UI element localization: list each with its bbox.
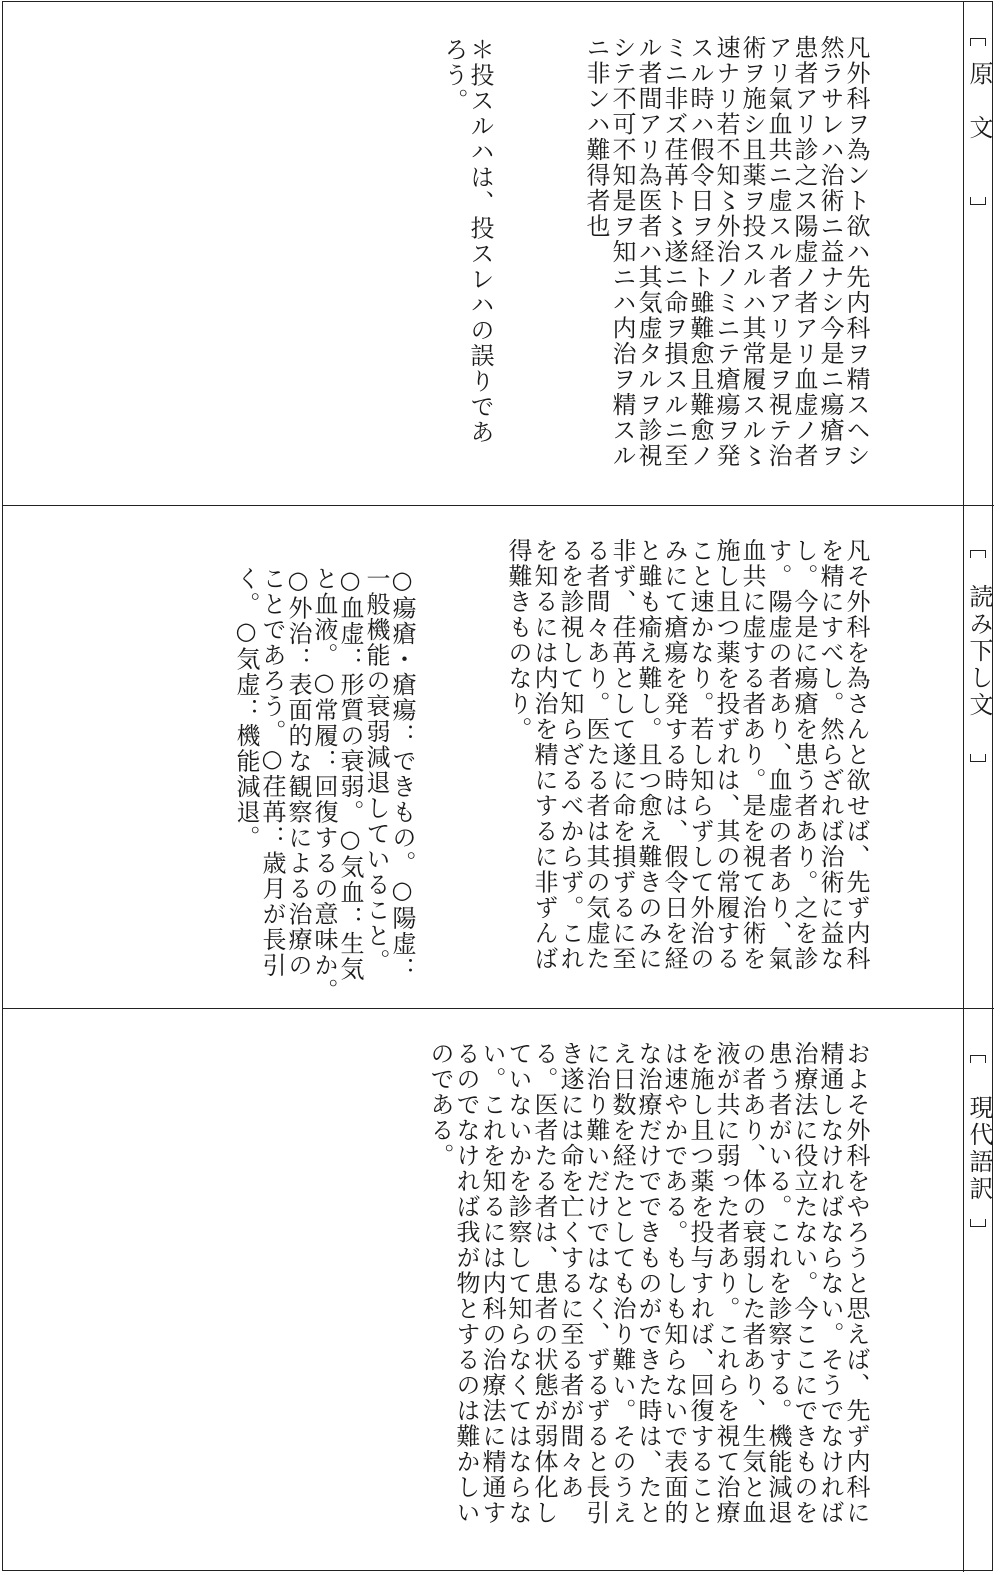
- text-column: す。陽虚の者あり、血虚の者あり、氣: [765, 538, 791, 972]
- text-column: みにて瘡瘍を発する時は、假令日を経: [661, 538, 687, 972]
- text-column: ル者間アリ為医者ハ其気虚タルヲ診視: [635, 35, 661, 469]
- note-column: ○瘍瘡・瘡瘍：できもの。○陽虚：: [389, 566, 415, 1004]
- text-column: ミニ非ズ荏苒ト〻遂ニ命ヲ損スルニ至: [661, 35, 687, 469]
- text-column: るを診視して知らざるべからず。これ: [557, 538, 583, 972]
- text-column: ていないかを診察して知らなくてはならな: [505, 1041, 531, 1526]
- section-label-modern: 現代語訳: [964, 1009, 993, 1571]
- section-label-original: 原 文: [964, 1, 993, 505]
- modern-text: およそ外科をやろうと思えば、先ず内科に精通しなければならない。そうでなければ治療…: [375, 1041, 921, 1526]
- text-column: の者あり、体の衰弱した者あり、生気と血: [739, 1041, 765, 1526]
- text-column: え日数を経たとしても治り難い。そのうえ: [609, 1041, 635, 1526]
- text-column: を知るには内治を精にするに非ずんば: [531, 538, 557, 972]
- section-label-text: 現代語訳: [964, 1095, 993, 1203]
- text-column: を精にすべし。然らざれば治術に益な: [817, 538, 843, 972]
- section-label-reading: 読み下し文: [964, 506, 993, 1008]
- reading-text: 凡そ外科を為さんと欲せば、先ず内科を精にすべし。然らざれば治術に益なし。今是に瘍…: [453, 538, 921, 972]
- text-column: るのでなければ我が物とするのは難かしい: [453, 1041, 479, 1526]
- text-column: 術ヲ施シ且薬ヲ投スルハ其常履スル〻: [739, 35, 765, 469]
- text-column: と雖も瘉え難し。且つ愈え難きのみに: [635, 538, 661, 972]
- reading-notes: ○瘍瘡・瘡瘍：できもの。○陽虚：一般機能の衰弱減退していること。○血虚：形質の衰…: [181, 566, 467, 1004]
- bracket-close-icon: [970, 197, 986, 205]
- text-column: アリ氣血共ニ虚スル者アリ是ヲ視テ治: [765, 35, 791, 469]
- text-column: を施し且つ薬を投与すれば、回復すること: [687, 1041, 713, 1526]
- text-column: 施し且つ薬を投ずれは、其の常履する: [713, 538, 739, 972]
- bracket-close-icon: [970, 1219, 986, 1227]
- text-column: 液が共に弱った者あり。これらを視て治療: [713, 1041, 739, 1526]
- section-original: 凡外科ヲ為ント欲ハ先内科ヲ精スヘシ然ラサレハ治術ニ益ナシ今是ニ瘍瘡ヲ患者アリ診之…: [3, 1, 963, 505]
- text-column: 精通しなければならない。そうでなければ: [817, 1041, 843, 1526]
- text-column: な治療だけでできものができた時は、たと: [635, 1041, 661, 1526]
- text-column: シテ不可不知是ヲ知ニハ内治ヲ精スル: [609, 35, 635, 469]
- text-column: 速ナリ若不知〻外治ノミニテ瘡瘍ヲ発: [713, 35, 739, 469]
- text-column: 得難きものなり。: [505, 538, 531, 972]
- bracket-open-icon: [970, 1055, 986, 1063]
- section-modern: およそ外科をやろうと思えば、先ず内科に精通しなければならない。そうでなければ治療…: [3, 1009, 963, 1571]
- text-column: し。今是に瘍瘡を患う者あり。之を診: [791, 538, 817, 972]
- text-column: 非ず、荏苒として遂に命を損ずるに至: [609, 538, 635, 972]
- text-column: は速やかである。もしも知らないで表面的: [661, 1041, 687, 1526]
- text-column: およそ外科をやろうと思えば、先ず内科に: [843, 1041, 869, 1526]
- text-column: に治り難いだけではなく、ずるずると長引: [583, 1041, 609, 1526]
- original-text: 凡外科ヲ為ント欲ハ先内科ヲ精スヘシ然ラサレハ治術ニ益ナシ今是ニ瘍瘡ヲ患者アリ診之…: [531, 35, 921, 469]
- text-column: スル時ハ假令日ヲ経ト雖難愈且難愈ノ: [687, 35, 713, 469]
- note-column: く。○気虚：機能減退。: [233, 566, 259, 1004]
- note-column: ことであろう。○荏苒：歳月が長引: [259, 566, 285, 1004]
- footnote-column: ろう。: [441, 37, 467, 445]
- bracket-close-icon: [970, 754, 986, 762]
- note-column: ○血虚：形質の衰弱。○気血：生気: [337, 566, 363, 1004]
- text-column: のである。: [427, 1041, 453, 1526]
- text-column: る者間々あり。医たる者は其の気虚た: [583, 538, 609, 972]
- text-column: 然ラサレハ治術ニ益ナシ今是ニ瘍瘡ヲ: [817, 35, 843, 469]
- text-column: 患う者がいる。これを診察する。機能減退: [765, 1041, 791, 1526]
- text-column: 凡そ外科を為さんと欲せば、先ず内科: [843, 538, 869, 972]
- text-column: 治療法に役立たない。今ここにできものを: [791, 1041, 817, 1526]
- text-column: ニ非ンハ難得者也: [583, 35, 609, 469]
- bracket-open-icon: [970, 38, 986, 46]
- text-column: こと速かなり。若し知らずして外治の: [687, 538, 713, 972]
- note-column: 一般機能の衰弱減退していること。: [363, 566, 389, 1004]
- text-column: き遂には命を亡くするに至る者が間々あ: [557, 1041, 583, 1526]
- section-reading: 凡そ外科を為さんと欲せば、先ず内科を精にすべし。然らざれば治術に益なし。今是に瘍…: [3, 506, 963, 1008]
- section-label-text: 原 文: [964, 61, 993, 142]
- bracket-open-icon: [970, 550, 986, 558]
- text-column: 患者アリ診之ス陽虚ノ者アリ血虚ノ者: [791, 35, 817, 469]
- text-column: 凡外科ヲ為ント欲ハ先内科ヲ精スヘシ: [843, 35, 869, 469]
- note-column: ○外治：表面的な観察による治療の: [285, 566, 311, 1004]
- section-label-text: 読み下し文: [964, 584, 993, 719]
- text-column: る。医者たる者は、患者の状態が弱体化し: [531, 1041, 557, 1526]
- text-column: 血共に虚する者あり。是を視て治術を: [739, 538, 765, 972]
- text-column: い。これを知るには内科の治療法に精通す: [479, 1041, 505, 1526]
- original-footnote: ＊投スルハは、投スレハの誤りであろう。: [389, 37, 545, 445]
- note-column: と血液。○常履：回復するの意味か。: [311, 566, 337, 1004]
- footnote-column: ＊投スルハは、投スレハの誤りであ: [467, 37, 493, 445]
